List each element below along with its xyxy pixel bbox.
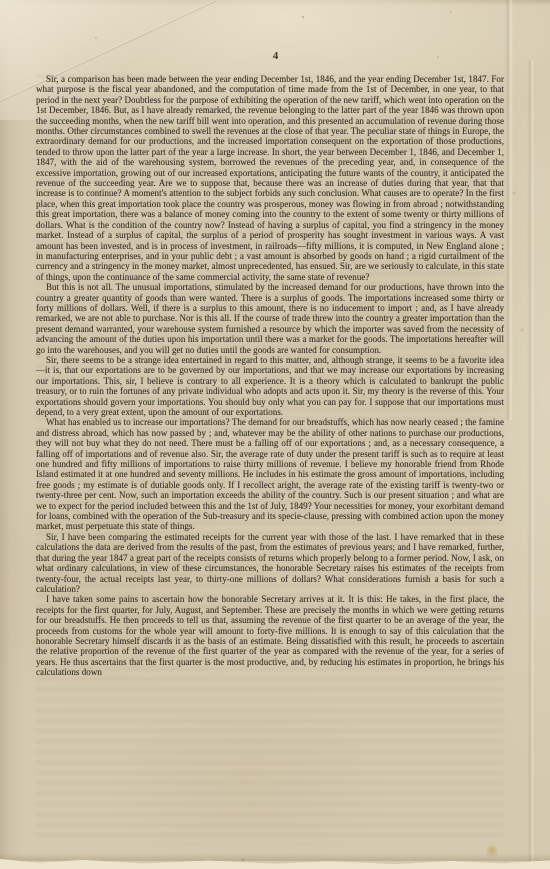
page-number: 4	[36, 50, 516, 62]
page-bottom-shadow	[0, 853, 550, 861]
paragraph: Sir, a comparison has been made between …	[36, 74, 504, 282]
scanned-document-page: 4 Sir, a comparison has been made betwee…	[0, 0, 550, 869]
paper-crease-right	[527, 60, 534, 869]
paragraph: But this is not all. The unusual importa…	[36, 282, 504, 355]
body-text: Sir, a comparison has been made between …	[36, 74, 504, 678]
page-torn-bottom-edge	[0, 855, 550, 869]
paragraph: What has enabled us to increase our impo…	[36, 417, 504, 531]
paragraph: Sir, there seems to be a strange idea en…	[36, 355, 504, 417]
paragraph: I have taken some pains to ascertain how…	[36, 594, 504, 677]
paper-crease-right	[505, 0, 513, 420]
paragraph: Sir, I have been comparing the estimated…	[36, 532, 504, 594]
